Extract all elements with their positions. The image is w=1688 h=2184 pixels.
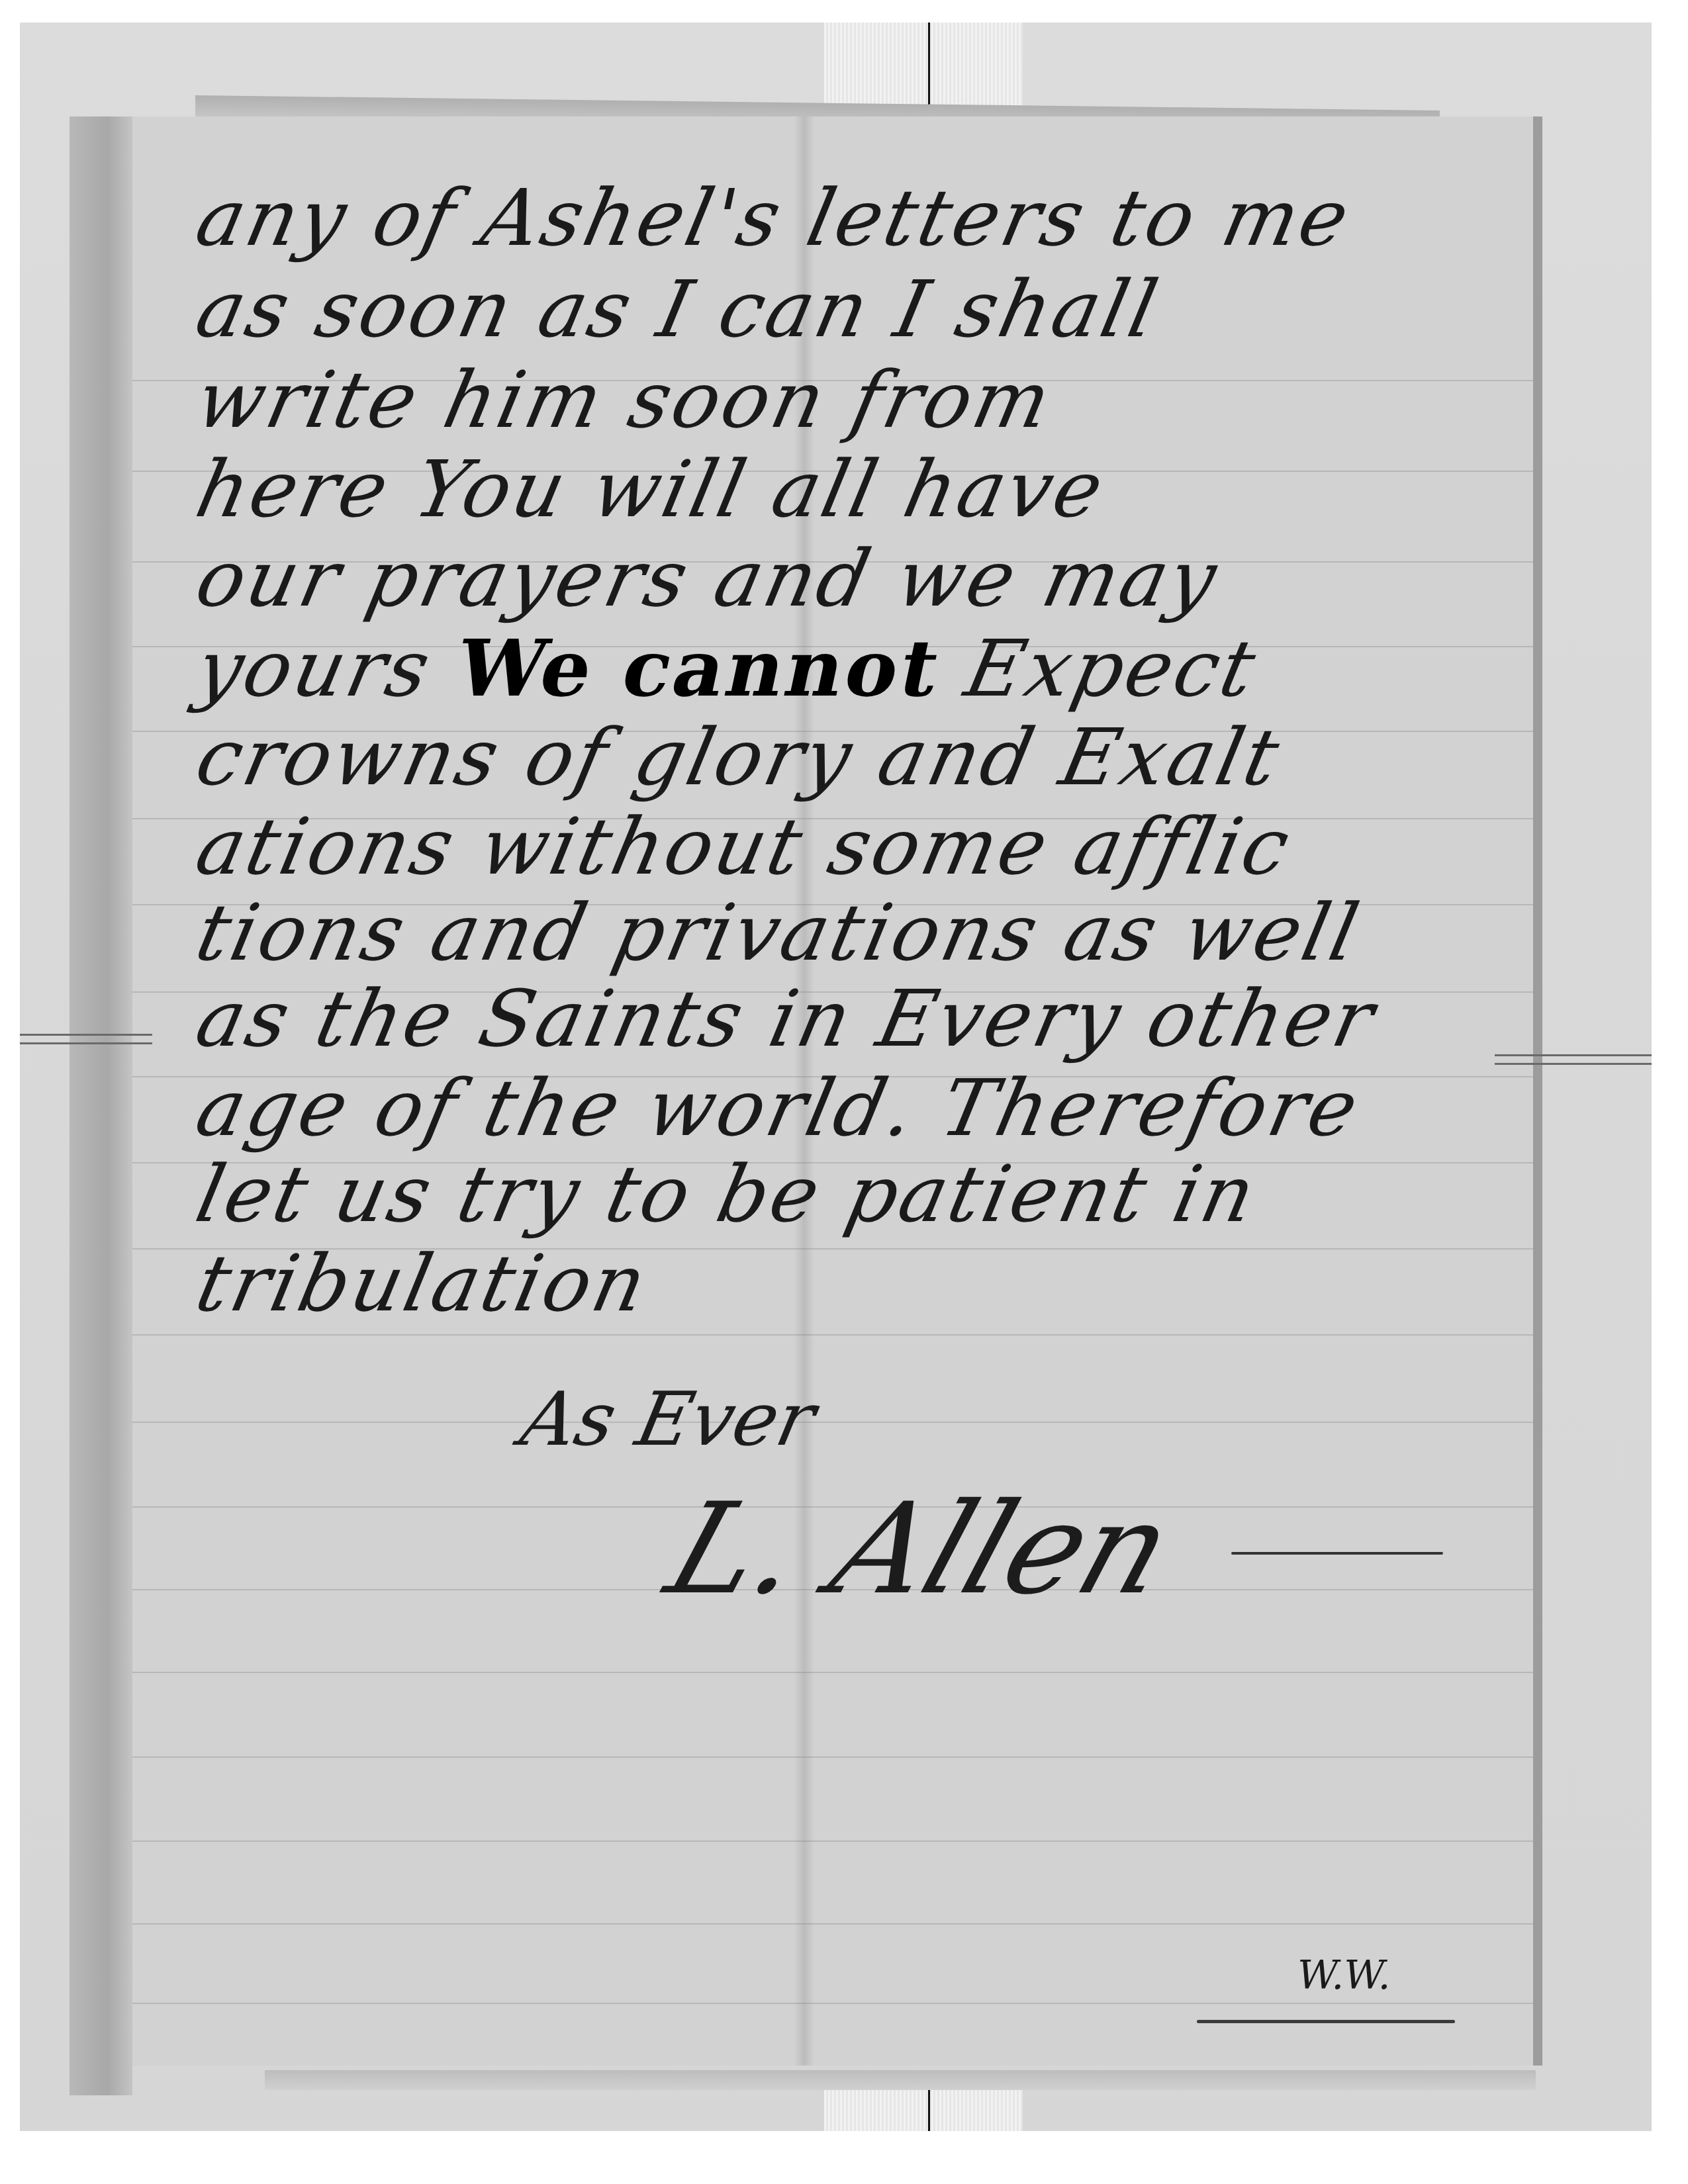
sheet-left-shadow	[70, 116, 132, 2095]
tie-string-left	[20, 1034, 152, 1044]
initials-underline	[1197, 2020, 1455, 2023]
letter-line: as soon as I can I shall	[189, 263, 1168, 355]
letter-word: yours	[189, 623, 440, 714]
tie-string-right	[1495, 1054, 1652, 1065]
ruled-line	[132, 1923, 1533, 1925]
letter-line: tribulation	[189, 1238, 657, 1329]
closing: As Ever	[514, 1377, 822, 1463]
signature-flourish	[1231, 1552, 1443, 1555]
letter-line-emphasis: yours We cannot Expect	[189, 622, 1266, 714]
letter-line: tions and privations as well	[189, 887, 1369, 978]
letter-line: our prayers and we may	[189, 533, 1227, 624]
emphasized-words: We cannot	[448, 622, 950, 714]
letter-line: ations without some afflic	[189, 801, 1299, 892]
binder-strip-top	[824, 23, 1023, 116]
letter-line: age of the world. Therefore	[189, 1062, 1368, 1154]
binder-line-top	[928, 23, 930, 116]
letter-line: crowns of glory and Exalt	[189, 711, 1289, 803]
archival-initials: W.W.	[1297, 1952, 1391, 1999]
ruled-line	[132, 2003, 1533, 2004]
letter-line: here You will all have	[189, 443, 1113, 535]
signature: L. Allen	[651, 1476, 1189, 1622]
letter-line: write him soon from	[189, 354, 1061, 445]
letter-line: as the Saints in Every other	[189, 973, 1384, 1064]
ruled-line	[132, 1672, 1533, 1673]
ruled-line	[132, 1334, 1533, 1336]
letter-line: any of Ashel's letters to me	[189, 172, 1359, 263]
letter-line: let us try to be patient in	[189, 1148, 1265, 1240]
ruled-line	[132, 1756, 1533, 1758]
sheet-bottom-shadow	[265, 2070, 1536, 2090]
ruled-line	[132, 1422, 1533, 1423]
ruled-line	[132, 1841, 1533, 1842]
letter-word: Expect	[958, 623, 1266, 714]
